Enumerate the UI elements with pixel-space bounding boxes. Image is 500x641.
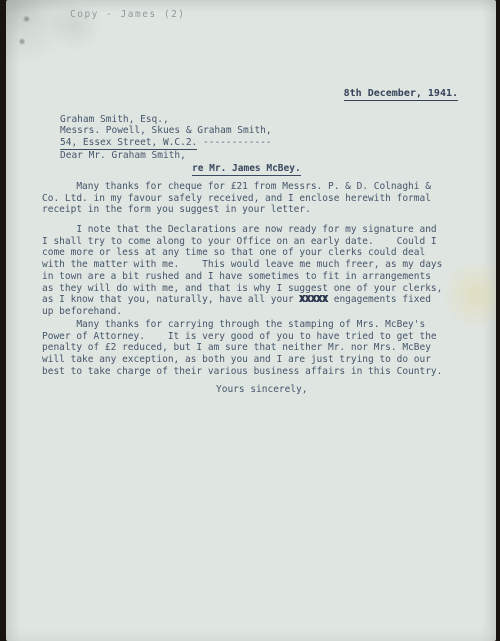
body-line: come more or less at any time so that on… — [42, 247, 442, 259]
body-line: in town are a bit rushed and I have some… — [42, 271, 442, 283]
letter-paper: Copy - James (2) 8th December, 1941. Gra… — [6, 0, 496, 641]
staple-mark — [19, 38, 25, 45]
salutation: Dear Mr. Graham Smith, — [60, 150, 186, 162]
recipient-name: Graham Smith, Esq., — [60, 114, 272, 125]
body-line: best to take charge of their various bus… — [42, 366, 442, 378]
body-line: will take any exception, as both you and… — [42, 354, 442, 366]
body-line: I note that the Declarations are now rea… — [42, 224, 442, 236]
body-line: Co. Ltd. in my favour safely received, a… — [42, 193, 431, 205]
closing-valediction: Yours sincerely, — [216, 384, 308, 396]
recipient-address: Graham Smith, Esq., Messrs. Powell, Skue… — [60, 114, 272, 148]
body-line: Many thanks for carrying through the sta… — [42, 319, 442, 331]
paragraph-3: Many thanks for carrying through the sta… — [42, 319, 442, 378]
recipient-firm: Messrs. Powell, Skues & Graham Smith, — [60, 125, 272, 136]
staple-mark — [23, 16, 30, 22]
street-text: 54, Essex Street, W.C.2. — [60, 137, 197, 150]
paragraph-1: Many thanks for cheque for £21 from Mess… — [42, 181, 431, 216]
pencil-annotation: Copy - James (2) — [70, 9, 186, 20]
struck-out-word: XXXXX — [299, 294, 328, 305]
body-line: Many thanks for cheque for £21 from Mess… — [42, 181, 431, 193]
body-line: up beforehand. — [42, 306, 442, 318]
text-after-strikeout: engagements fixed — [328, 294, 431, 305]
subject-line: re Mr. James McBey. — [192, 163, 301, 176]
body-line-with-strikeout: as I know that you, naturally, have all … — [42, 294, 442, 306]
letter-date: 8th December, 1941. — [344, 88, 458, 101]
body-line: receipt in the form you suggest in your … — [42, 204, 431, 216]
paragraph-2: I note that the Declarations are now rea… — [42, 224, 442, 318]
scanned-letter: Copy - James (2) 8th December, 1941. Gra… — [0, 0, 500, 641]
underline-extension: ------------ — [197, 137, 271, 148]
text-before-strikeout: as I know that you, naturally, have all … — [42, 294, 299, 305]
body-line: I shall try to come along to your Office… — [42, 236, 442, 248]
body-line: penalty of £2 reduced, but I am sure tha… — [42, 342, 442, 354]
body-line: Power of Attorney. It is very good of yo… — [42, 331, 442, 343]
body-line: with the matter with me. This would leav… — [42, 259, 442, 271]
recipient-street: 54, Essex Street, W.C.2. ------------ — [60, 137, 272, 148]
body-line: as they will do with me, and that is why… — [42, 283, 442, 295]
